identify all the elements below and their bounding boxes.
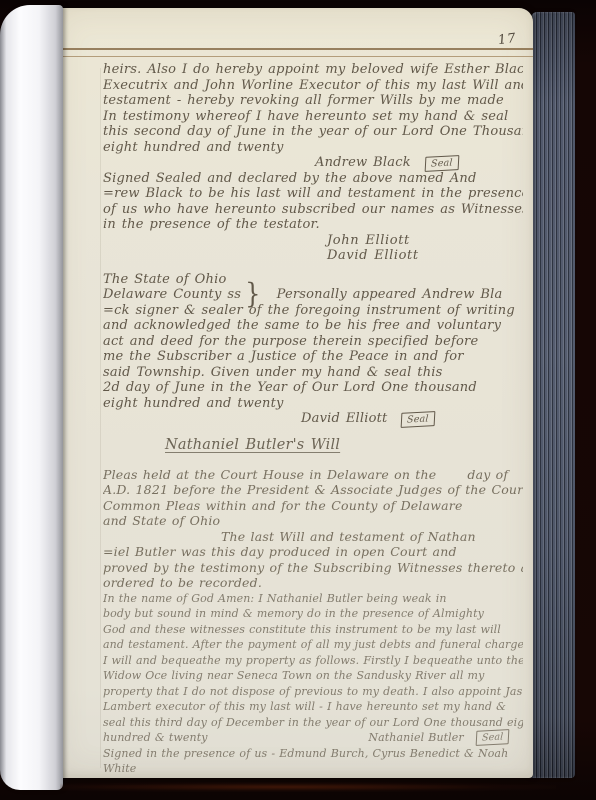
manuscript-line-text: White [103,762,136,775]
manuscript-line-text: Personally appeared Andrew Bla [277,287,503,302]
manuscript-line-text: property that I do not dispose of previo… [103,685,523,698]
manuscript-page: 17 heirs. Also I do hereby appoint my be… [55,8,533,778]
manuscript-line: proved by the testimony of the Subscribi… [103,560,523,576]
manuscript-line-text: act and deed for the purpose therein spe… [103,334,478,349]
manuscript-line-text: =ck signer & sealer of the foregoing ins… [103,303,515,318]
manuscript-line-text: Nathaniel Butler [368,730,463,746]
manuscript-line-text: John Elliott [327,233,410,248]
manuscript-line-text: Pleas held at the Court House in Delawar… [103,467,508,482]
manuscript-line-text: God and these witnesses constitute this … [103,623,501,636]
manuscript-line-text: me the Subscriber a Justice of the Peace… [103,349,464,364]
manuscript-line: In the name of God Amen: I Nathaniel But… [103,591,523,607]
manuscript-line-text: seal this third day of December in the y… [103,716,523,729]
page-curl-highlight [0,5,63,790]
manuscript-line: David ElliottSeal [103,411,523,427]
manuscript-line-text: heirs. Also I do hereby appoint my belov… [103,62,523,77]
manuscript-line: =ck signer & sealer of the foregoing ins… [103,303,523,319]
manuscript-line: =rew Black to be his last will and testa… [103,186,523,202]
manuscript-line: Signed Sealed and declared by the above … [103,171,523,187]
manuscript-line-text: eight hundred and twenty [103,140,284,155]
manuscript-line: Widow Oce living near Seneca Town on the… [103,668,523,684]
manuscript-line: this second day of June in the year of o… [103,124,523,140]
manuscript-line-text: said Township. Given under my hand & sea… [103,365,443,380]
manuscript-line: seal this third day of December in the y… [103,715,523,731]
manuscript-line: A.D. 1821 before the President & Associa… [103,482,523,498]
manuscript-line: said Township. Given under my hand & sea… [103,365,523,381]
manuscript-line: in the presence of the testator. [103,217,523,233]
top-double-rule [55,48,533,57]
left-margin-line [100,68,101,768]
manuscript-line: eight hundred and twenty [103,140,523,156]
manuscript-line-text: testament - hereby revoking all former W… [103,93,504,108]
manuscript-line: Nathaniel Butler's Will [103,435,523,455]
manuscript-line-text: =rew Black to be his last will and testa… [103,186,523,201]
page-number: 17 [498,31,518,48]
seal-mark: Seal [475,729,509,746]
manuscript-line: =iel Butler was this day produced in ope… [103,544,523,560]
manuscript-line: heirs. Also I do hereby appoint my belov… [103,62,523,78]
manuscript-line-text: The State of Ohio [103,272,227,287]
manuscript-line: act and deed for the purpose therein spe… [103,334,523,350]
manuscript-line-text: and State of Ohio [103,513,220,528]
manuscript-text: heirs. Also I do hereby appoint my belov… [103,62,523,778]
manuscript-line: of us who have hereunto subscribed our n… [103,202,523,218]
manuscript-line-text: 2d day of June in the Year of Our Lord O… [103,380,477,395]
manuscript-line: testament - hereby revoking all former W… [103,93,523,109]
manuscript-line: property that I do not dispose of previo… [103,684,523,700]
manuscript-line: and State of Ohio [103,513,523,529]
manuscript-line: Pleas held at the Court House in Delawar… [103,467,523,483]
manuscript-line: Executrix and John Worline Executor of t… [103,78,523,94]
book-page-stack-edge [531,12,575,778]
manuscript-line-text: hundred & twenty [103,730,208,746]
manuscript-line-text: of us who have hereunto subscribed our n… [103,202,523,217]
manuscript-line: Andrew BlackSeal [103,155,523,171]
manuscript-line: I will and bequeathe my property as foll… [103,653,523,669]
manuscript-line-text: Executrix and John Worline Executor of t… [103,78,523,93]
manuscript-line: 2d day of June in the Year of Our Lord O… [103,380,523,396]
manuscript-line: White [103,761,523,777]
manuscript-line: hundred & twentyNathaniel ButlerSeal [103,730,523,746]
manuscript-line: me the Subscriber a Justice of the Peace… [103,349,523,365]
manuscript-line-text: David Elliott [301,411,387,426]
manuscript-line: Common Pleas within and for the County o… [103,498,523,514]
seal-mark: Seal [401,411,435,428]
manuscript-line: The last Will and testament of Nathan [103,529,523,545]
manuscript-line: ordered to be recorded. [103,575,523,591]
manuscript-line-text: and acknowledged the same to be his free… [103,318,501,333]
manuscript-line: David Elliott [103,248,523,264]
manuscript-line-text: Common Pleas within and for the County o… [103,498,463,513]
manuscript-line-text: eight hundred and twenty [103,396,284,411]
manuscript-line: eight hundred and twenty [103,396,523,412]
manuscript-line-text: in the presence of the testator. [103,217,320,232]
manuscript-line-text: Delaware County ss [103,287,241,302]
manuscript-line-text: In the name of God Amen: I Nathaniel But… [103,592,447,605]
manuscript-line-text: Nathaniel Butler's Will [165,437,340,453]
manuscript-line-text: and testament. After the payment of all … [103,638,523,651]
brace-mark: } [245,286,260,304]
manuscript-line-text: Lambert executor of this my last will - … [103,700,506,713]
manuscript-line-text: =iel Butler was this day produced in ope… [103,544,457,559]
book-scan: 17 heirs. Also I do hereby appoint my be… [0,0,596,800]
manuscript-line-text: I will and bequeathe my property as foll… [103,654,523,667]
manuscript-line: and acknowledged the same to be his free… [103,318,523,334]
manuscript-line: Lambert executor of this my last will - … [103,699,523,715]
manuscript-line-text: The last Will and testament of Nathan [221,529,476,544]
manuscript-line-text: this second day of June in the year of o… [103,124,523,139]
manuscript-line-text: A.D. 1821 before the President & Associa… [103,482,523,497]
manuscript-line-text: Signed in the presence of us - Edmund Bu… [103,747,508,760]
manuscript-line-text: Signed Sealed and declared by the above … [103,171,476,186]
manuscript-line: Signed in the presence of us - Edmund Bu… [103,746,523,762]
manuscript-line-text: proved by the testimony of the Subscribi… [103,560,523,575]
manuscript-line: body but sound in mind & memory do in th… [103,606,523,622]
manuscript-line-text: Widow Oce living near Seneca Town on the… [103,669,484,682]
manuscript-line-text: ordered to be recorded. [103,575,262,590]
manuscript-line: In testimony whereof I have hereunto set… [103,109,523,125]
manuscript-line: The State of Ohio [103,272,523,288]
manuscript-line: God and these witnesses constitute this … [103,622,523,638]
manuscript-line-text: David Elliott [327,248,419,263]
book-spine-shadow [60,782,556,792]
manuscript-line: and testament. After the payment of all … [103,637,523,653]
manuscript-line-text: In testimony whereof I have hereunto set… [103,109,508,124]
manuscript-line-text: Andrew Black [315,155,411,170]
seal-mark: Seal [424,155,458,172]
manuscript-line-text: body but sound in mind & memory do in th… [103,607,484,620]
manuscript-line: Delaware County ss}Personally appeared A… [103,287,523,303]
manuscript-line: John Elliott [103,233,523,249]
